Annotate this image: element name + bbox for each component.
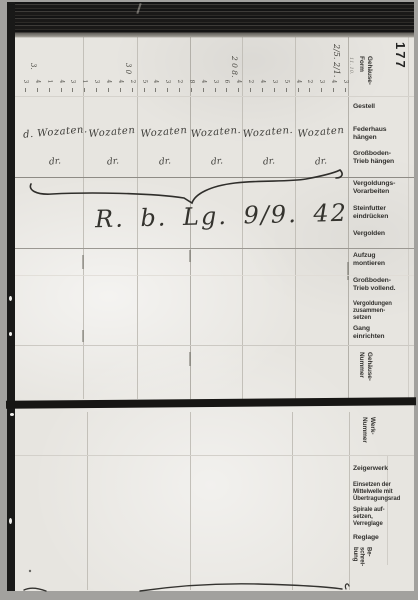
- tick-mark: [191, 88, 192, 92]
- label-grossboden-trieb-haengen: Großboden- Trieb hängen: [353, 150, 394, 166]
- label-gehaeuse-form: Gehäuse- Form: [357, 56, 373, 104]
- tick-mark: [96, 88, 97, 92]
- label-werk-nummer: Werk- Nummer: [360, 417, 376, 459]
- tick-mark: [167, 88, 168, 92]
- tick-mark: [108, 88, 109, 92]
- tick-mark: [37, 88, 38, 92]
- label-vergoldungs-vorarbeiten: Vergoldungs- Vorarbeiten: [353, 180, 395, 196]
- tick-mark: [49, 88, 50, 92]
- row-line: [7, 455, 414, 456]
- tick-mark: [226, 88, 227, 92]
- label-gestell: Gestell: [353, 103, 375, 111]
- row-line: [7, 275, 414, 276]
- tick-mark: [215, 88, 216, 92]
- handwritten-number-vertical: 11. 10.: [348, 57, 354, 93]
- row-line: [7, 248, 414, 249]
- tick-mark: [179, 88, 180, 92]
- film-speck: [9, 296, 12, 301]
- label-beschreibung: Be- schrei- bung: [351, 547, 371, 581]
- label-reglage: Reglage: [353, 534, 379, 542]
- tick-mark: [203, 88, 204, 92]
- film-speck: [10, 413, 14, 416]
- tick-mark: [321, 88, 322, 92]
- handwritten-number-vertical: 2 0 8.: [230, 56, 239, 90]
- ink-smudge: [82, 255, 84, 269]
- column-line: [292, 412, 293, 590]
- row-line: [7, 96, 414, 97]
- label-column-divider: [349, 412, 350, 590]
- photo-top-smudge: [7, 33, 414, 38]
- tick-mark: [286, 88, 287, 92]
- film-speck: [9, 518, 12, 524]
- ink-smudge: [347, 262, 349, 280]
- scanned-ledger-page: 177 Gehäuse- Form Gestell Federhaus häng…: [0, 0, 418, 600]
- tick-mark: [250, 88, 251, 92]
- tick-mark: [345, 88, 346, 92]
- column-line: [190, 412, 191, 590]
- photo-top-edge: [7, 2, 414, 33]
- tick-mark: [144, 88, 145, 92]
- label-zeigerwerk: Zeigerwerk: [353, 465, 388, 473]
- column-line: [87, 412, 88, 590]
- label-vergoldungen-zusammensetzen: Vergoldungen zusammen- setzen: [353, 301, 392, 321]
- label-vergolden: Vergolden: [353, 230, 385, 238]
- tick-mark: [25, 88, 26, 92]
- label-federhaus-haengen: Federhaus hängen: [353, 126, 386, 142]
- handwritten-number-vertical: 3 0: [124, 63, 132, 83]
- page-number: 177: [393, 42, 408, 70]
- ink-smudge: [189, 250, 191, 262]
- label-spirale-aufsetzen: Spirale auf- setzen, Verreglage: [353, 507, 384, 527]
- label-gehaeuse-nummer: Gehäuse- Nummer: [357, 352, 373, 396]
- tick-mark: [298, 88, 299, 92]
- handwritten-number-vertical: 3.: [29, 63, 37, 83]
- ink-smudge: [189, 352, 191, 366]
- handwritten-number-vertical: 2/5. 2/1.: [332, 44, 341, 92]
- tick-mark: [155, 88, 156, 92]
- ink-smudge: [82, 330, 84, 342]
- label-einsetzen-mittelwelle: Einsetzen der Mittelwelle mit Übertragun…: [353, 482, 400, 502]
- label-steinfutter-eindruecken: Steinfutter eindrücken: [353, 205, 388, 221]
- tick-mark: [274, 88, 275, 92]
- tick-mark: [132, 88, 133, 92]
- tick-mark: [72, 88, 73, 92]
- label-gang-einrichten: Gang einrichten: [353, 325, 384, 341]
- row-line: [7, 345, 414, 346]
- tick-mark: [120, 88, 121, 92]
- tick-mark: [61, 88, 62, 92]
- film-speck: [9, 332, 12, 336]
- tick-mark: [309, 88, 310, 92]
- label-grossboden-trieb-vollend: Großboden- Trieb vollend.: [353, 277, 395, 293]
- tick-mark: [84, 88, 85, 92]
- label-aufzug-montieren: Aufzug montieren: [353, 252, 385, 268]
- row-line: [7, 177, 414, 178]
- tick-mark: [262, 88, 263, 92]
